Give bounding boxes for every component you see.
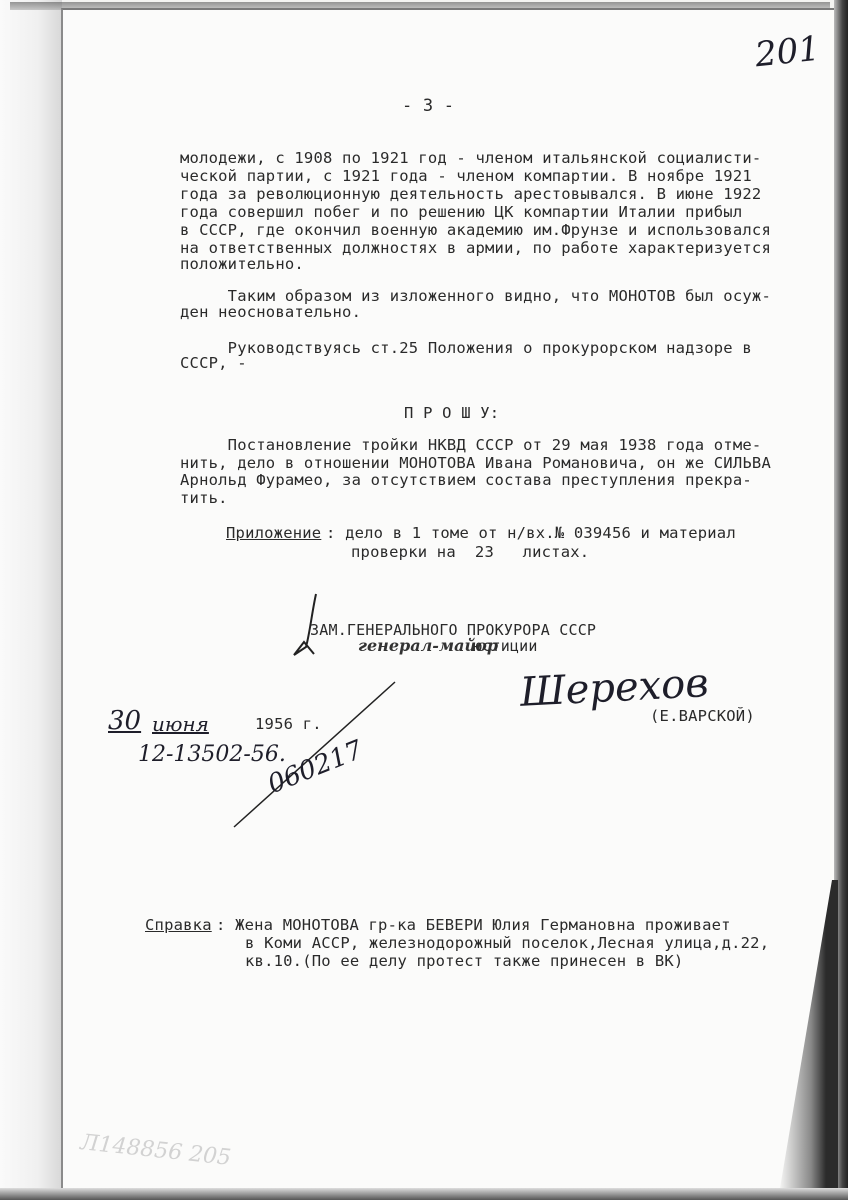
text-line: Арнольд Фурамео, за отсутствием состава … <box>180 472 752 489</box>
text-line: в СССР, где окончил военную академию им.… <box>180 222 771 239</box>
text-line: : Жена МОНОТОВА гр-ка БЕВЕРИ Юлия Герман… <box>216 917 731 934</box>
text-line: года за революционную деятельность арест… <box>180 186 761 203</box>
signer-name: (Е.ВАРСКОЙ) <box>650 708 755 725</box>
text-line: тить. <box>180 490 228 507</box>
date-day: 30 <box>108 706 141 736</box>
text-line: Руководствуясь ст.25 Положения о прокуро… <box>180 340 752 357</box>
text-line: в Коми АССР, железнодорожный поселок,Лес… <box>245 935 769 952</box>
text-line: : дело в 1 томе от н/вх.№ 039456 и матер… <box>326 525 736 542</box>
note-label: Справка <box>145 917 212 934</box>
text-line: кв.10.(По ее делу протест также принесен… <box>245 953 683 970</box>
text-line: Постановление тройки НКВД СССР от 29 мая… <box>180 437 761 454</box>
text-line: положительно. <box>180 256 304 273</box>
scan-left-margin <box>0 0 62 1200</box>
signer-rank-typed: юстиции <box>473 638 538 655</box>
text-line: ден неосновательно. <box>180 304 361 321</box>
scan-bottom-edge <box>0 1188 848 1200</box>
text-line: проверки на 23 листах. <box>351 544 589 561</box>
attachment-label: Приложение <box>226 525 321 542</box>
request-heading: П Р О Ш У: <box>404 405 499 422</box>
date-month: июня <box>152 712 209 736</box>
page-number: - 3 - <box>402 98 454 115</box>
text-line: года совершил побег и по решению ЦК комп… <box>180 204 742 221</box>
text-line: нить, дело в отношении МОНОТОВА Ивана Ро… <box>180 455 771 472</box>
text-line: СССР, - <box>180 355 247 372</box>
text-line: ческой партии, с 1921 года - членом комп… <box>180 168 752 185</box>
text-line: молодежи, с 1908 по 1921 год - членом ит… <box>180 150 761 167</box>
archive-folio-number: 201 <box>753 29 822 76</box>
